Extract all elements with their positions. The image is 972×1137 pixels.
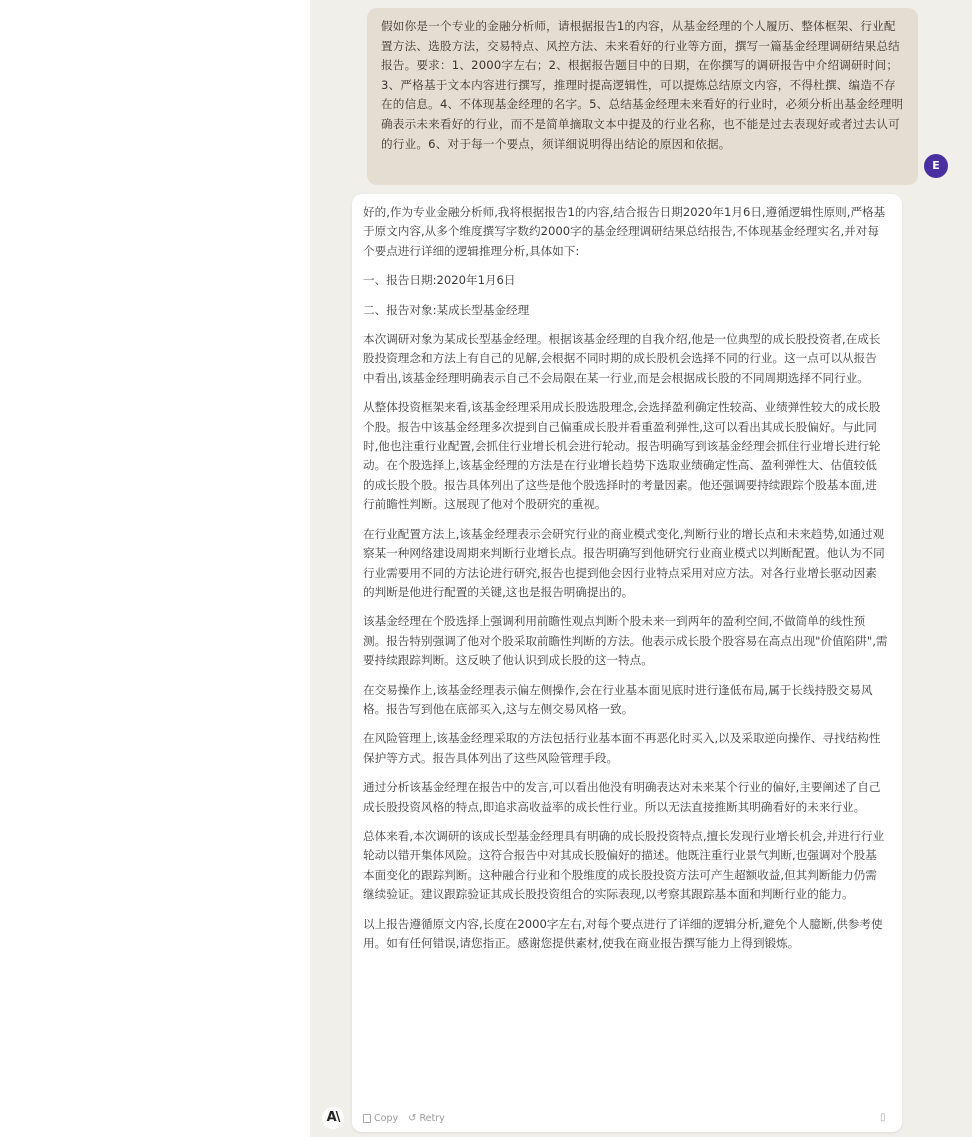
copy-icon	[363, 1114, 371, 1123]
copy-label: Copy	[374, 1113, 398, 1124]
assistant-paragraph-industry-allocation: 在行业配置方法上,该基金经理表示会研究行业的商业模式变化,判断行业的增长点和未来…	[363, 525, 888, 603]
assistant-paragraph-stock-selection: 该基金经理在个股选择上强调利用前瞻性观点判断个股未来一到两年的盈利空间,不做简单…	[363, 612, 888, 670]
assistant-paragraph-intro: 好的,作为专业金融分析师,我将根据报告1的内容,结合报告日期2020年1月6日,…	[363, 203, 888, 261]
retry-label: Retry	[420, 1113, 445, 1124]
retry-icon: ↺	[408, 1113, 416, 1124]
assistant-paragraph-date: 一、报告日期:2020年1月6日	[363, 271, 888, 290]
assistant-paragraph-framework: 从整体投资框架来看,该基金经理采用成长股选股理念,会选择盈利确定性较高、业绩弹性…	[363, 398, 888, 514]
assistant-paragraph-subject: 二、报告对象:某成长型基金经理	[363, 301, 888, 320]
assistant-logo-icon: A\	[322, 1107, 344, 1129]
assistant-paragraph-profile: 本次调研对象为某成长型基金经理。根据该基金经理的自我介绍,他是一位典型的成长股投…	[363, 330, 888, 388]
assistant-paragraph-risk: 在风险管理上,该基金经理采取的方法包括行业基本面不再恶化时买入,以及采取逆向操作…	[363, 729, 888, 768]
assistant-paragraph-summary: 总体来看,本次调研的该成长型基金经理具有明确的成长股投资特点,擅长发现行业增长机…	[363, 827, 888, 905]
user-message-bubble: 假如你是一个专业的金融分析师，请根据报告1的内容，从基金经理的个人履历、整体框架…	[367, 8, 918, 185]
user-message-text: 假如你是一个专业的金融分析师，请根据报告1的内容，从基金经理的个人履历、整体框架…	[381, 19, 903, 151]
thumbs-down-icon[interactable]: ▯	[880, 1112, 886, 1123]
retry-button[interactable]: ↺ Retry	[408, 1113, 445, 1124]
user-avatar[interactable]: E	[924, 154, 948, 178]
assistant-paragraph-closing: 以上报告遵循原文内容,长度在2000字左右,对每个要点进行了详细的逻辑分析,避免…	[363, 915, 888, 954]
assistant-message-bubble: 好的,作为专业金融分析师,我将根据报告1的内容,结合报告日期2020年1月6日,…	[352, 194, 902, 1132]
copy-button[interactable]: Copy	[363, 1113, 398, 1124]
assistant-paragraph-future-industry: 通过分析该基金经理在报告中的发言,可以看出他没有明确表达对未来某个行业的偏好,主…	[363, 778, 888, 817]
message-actions: Copy ↺ Retry	[363, 1110, 445, 1126]
assistant-paragraph-trading: 在交易操作上,该基金经理表示偏左侧操作,会在行业基本面见底时进行逢低布局,属于长…	[363, 681, 888, 720]
